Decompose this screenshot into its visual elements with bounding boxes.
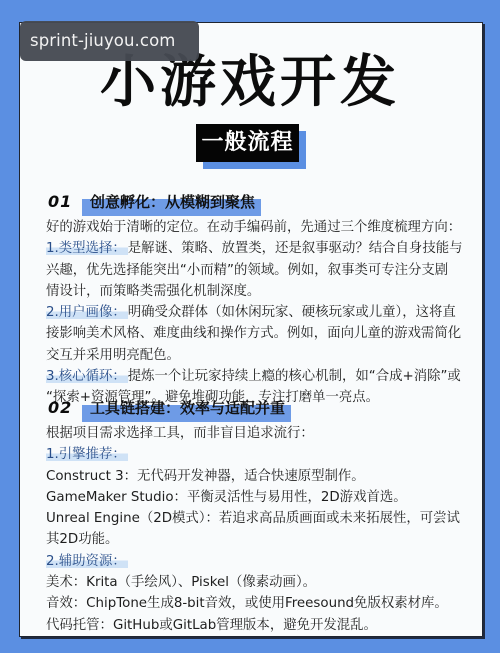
section-2-body: 根据项目需求选择工具，而非盲目追求流行： 1.引擎推荐： Construct 3…: [46, 423, 466, 636]
paragraph-line: 好的游戏始于清晰的定位。在动手编码前，先通过三个维度梳理方向：: [46, 217, 466, 238]
section-1-body: 好的游戏始于清晰的定位。在动手编码前，先通过三个维度梳理方向： 1.类型选择：是…: [46, 217, 466, 409]
label-highlight: 2.用户画像：: [46, 305, 128, 320]
paragraph-line: 美术：Krita（手绘风）、Piskel（像素动画）。: [46, 572, 466, 593]
paragraph-line: 1.引擎推荐：: [46, 444, 466, 465]
paragraph-line: GameMaker Studio：平衡灵活性与易用性，2D游戏首选。: [46, 487, 466, 508]
section-1-heading: 创意孵化：从模糊到聚焦: [82, 191, 261, 212]
paragraph-line: 2.用户画像：明确受众群体（如休闲玩家、硬核玩家或儿童），这将直: [46, 302, 466, 323]
paragraph-line: 代码托管：GitHub或GitLab管理版本，避免开发混乱。: [46, 615, 466, 636]
section-2-header: 02 工具链搭建：效率与适配并重: [48, 395, 291, 419]
paragraph-line: 兴趣，优先选择能突出“小而精”的领域。例如，叙事类可专注分支剧: [46, 260, 466, 281]
subtitle-text: 一般流程: [196, 124, 299, 162]
label-highlight: 1.类型选择：: [46, 241, 128, 256]
label-highlight: 3.核心循环：: [46, 369, 128, 384]
section-1-header: 01 创意孵化：从模糊到聚焦: [48, 189, 261, 213]
section-2-heading: 工具链搭建：效率与适配并重: [82, 397, 291, 418]
section-1-number: 01: [48, 192, 82, 211]
label-highlight: 2.辅助资源：: [46, 554, 128, 569]
subtitle-badge: 一般流程: [196, 124, 299, 162]
paragraph-line: 接影响美术风格、难度曲线和操作方式。例如，面向儿童的游戏需简化: [46, 323, 466, 344]
section-2-number: 02: [48, 398, 82, 417]
paragraph-line: 情设计，而策略类需强化机制深度。: [46, 281, 466, 302]
paragraph-line: Construct 3：无代码开发神器，适合快速原型制作。: [46, 466, 466, 487]
paragraph-line: 音效：ChipTone生成8-bit音效，或使用Freesound免版权素材库。: [46, 593, 466, 614]
label-highlight: 1.引擎推荐：: [46, 447, 128, 462]
paragraph-line: 2.辅助资源：: [46, 551, 466, 572]
paragraph-line: 1.类型选择：是解谜、策略、放置类，还是叙事驱动？结合自身技能与: [46, 238, 466, 259]
paragraph-line: Unreal Engine（2D模式）：若追求高品质画面或未来拓展性，可尝试: [46, 508, 466, 529]
paragraph-line: 其2D功能。: [46, 529, 466, 550]
paragraph-line: 交互并采用明亮配色。: [46, 345, 466, 366]
paragraph-line: 根据项目需求选择工具，而非盲目追求流行：: [46, 423, 466, 444]
paragraph-line: 3.核心循环：提炼一个让玩家持续上瘾的核心机制，如“合成+消除”或: [46, 366, 466, 387]
watermark-label: sprint-jiuyou.com: [20, 21, 199, 61]
